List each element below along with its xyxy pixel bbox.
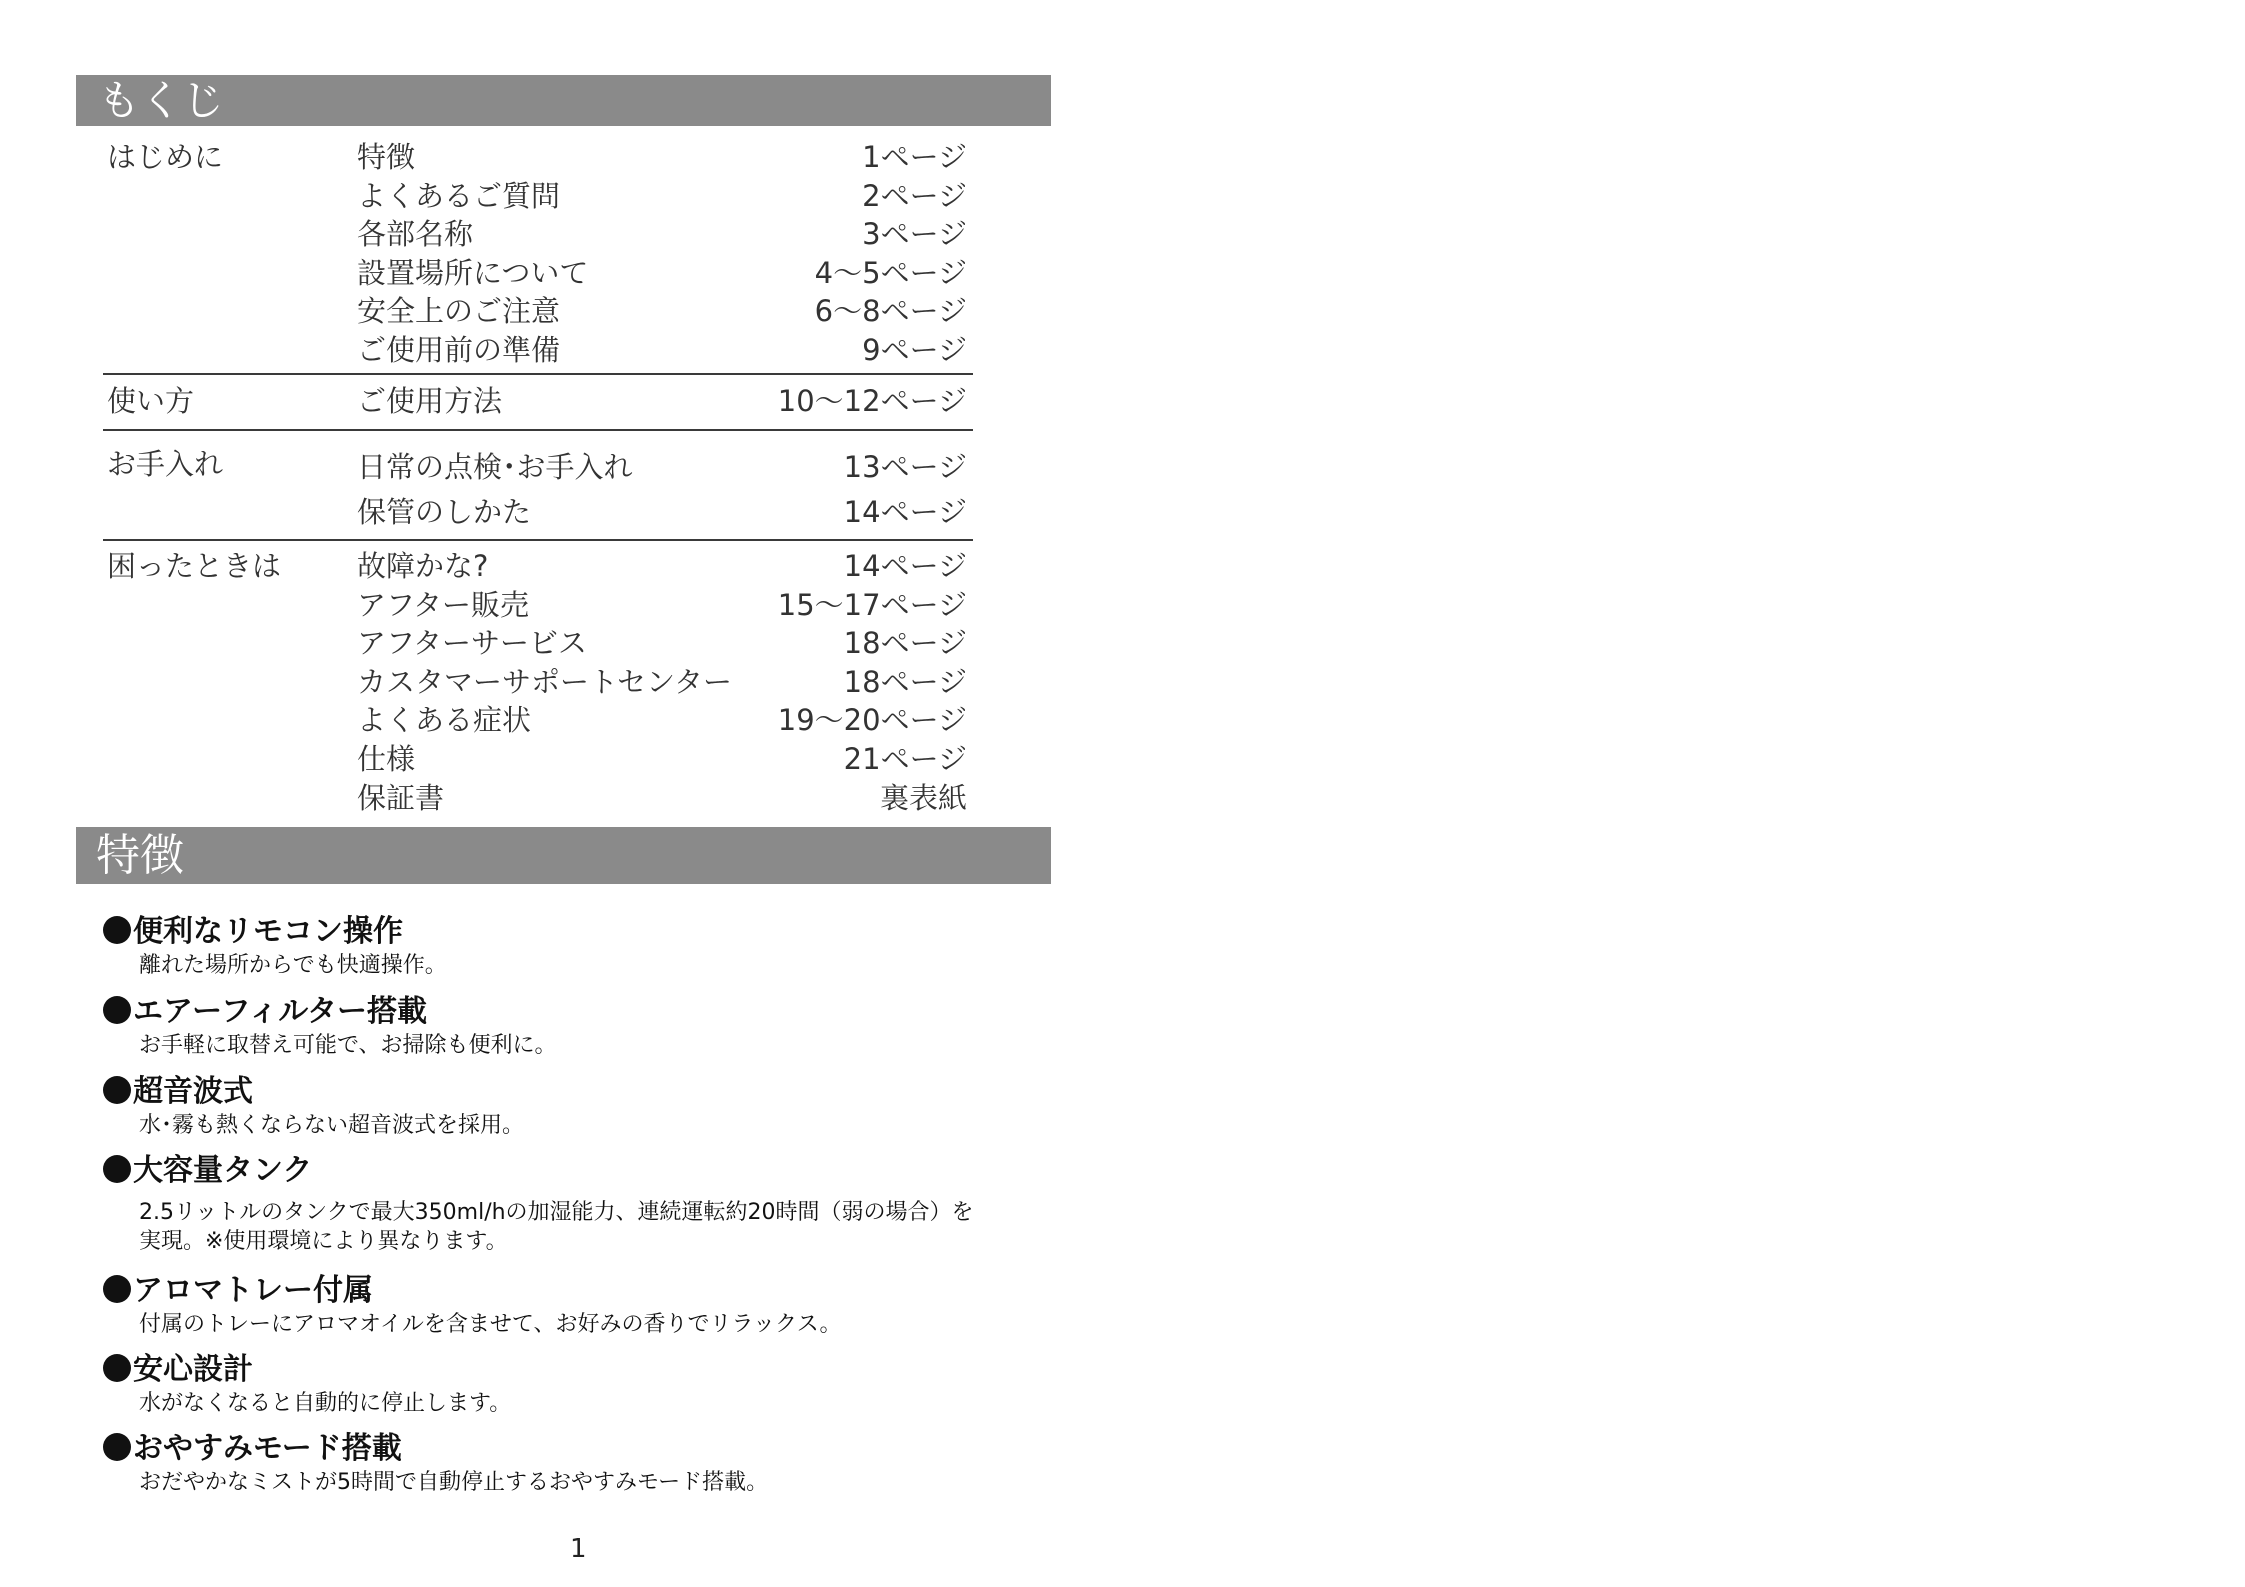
toc-entry-label: 故障かな? [357,547,488,586]
toc-entry-label: 日常の点検･お手入れ [357,445,633,490]
toc-entry-label: よくあるご質問 [357,177,560,216]
bullet-icon [103,1275,131,1303]
features-header: 特徴 [76,827,1051,884]
toc-entry-page: 13ページ [844,445,967,490]
toc-entry[interactable]: カスタマーサポートセンター18ページ [357,663,973,702]
toc-entry-label: アフター販売 [357,586,529,625]
toc-header: もくじ [76,75,1051,126]
toc-entry[interactable]: 特徴1ページ [357,138,973,177]
toc-entry-page: 裏表紙 [880,779,967,818]
toc-category: お手入れ [107,445,223,484]
feature-description: 水がなくなると自動的に停止します。 [139,1389,511,1418]
toc-entry-page: 6〜8ページ [815,292,967,331]
toc-category: 使い方 [107,382,194,421]
toc-entry[interactable]: 設置場所について4〜5ページ [357,254,973,293]
toc-category: はじめに [107,138,223,177]
toc-entry-page: 3ページ [862,215,967,254]
toc-entry-page: 14ページ [844,490,967,535]
toc-entry-label: 保証書 [357,779,444,818]
toc-entry-page: 18ページ [844,663,967,702]
toc-category: 困ったときは [107,547,281,586]
bullet-icon [103,1433,131,1461]
toc-entry-page: 10〜12ページ [778,382,967,421]
toc-entry-page: 19〜20ページ [778,701,967,740]
toc-entry[interactable]: よくあるご質問2ページ [357,177,973,216]
feature-description: 水･霧も熱くならない超音波式を採用。 [139,1111,524,1140]
feature-title: アロマトレー付属 [133,1273,373,1308]
toc-group-introduction: はじめに 特徴1ページ よくあるご質問2ページ 各部名称3ページ 設置場所につい… [103,126,973,375]
toc-entry-page: 9ページ [862,331,967,370]
toc-entry-page: 1ページ [862,138,967,177]
bullet-icon [103,1155,131,1183]
feature-title: 安心設計 [133,1352,253,1387]
feature-description: 2.5リットルのタンクで最大350ml/hの加湿能力、連続運転約20時間（弱の場… [139,1198,974,1256]
toc-entry[interactable]: 日常の点検･お手入れ13ページ [357,445,973,490]
toc-entry[interactable]: 仕様21ページ [357,740,973,779]
toc-entry[interactable]: よくある症状19〜20ページ [357,701,973,740]
toc-entry-label: よくある症状 [357,701,531,740]
toc-entry-label: 特徴 [357,138,415,177]
toc-group-maintenance: お手入れ 日常の点検･お手入れ13ページ 保管のしかた14ページ [103,431,973,541]
feature-title: おやすみモード搭載 [133,1431,402,1466]
feature-item: エアーフィルター搭載 お手軽に取替え可能で、お掃除も便利に。 [103,993,557,1060]
toc-entry-page: 15〜17ページ [778,586,967,625]
page-number: 1 [570,1534,587,1564]
table-of-contents: はじめに 特徴1ページ よくあるご質問2ページ 各部名称3ページ 設置場所につい… [103,126,973,817]
toc-group-troubleshooting: 困ったときは 故障かな?14ページ アフター販売15〜17ページ アフターサービ… [103,541,973,817]
feature-item: 大容量タンク 2.5リットルのタンクで最大350ml/hの加湿能力、連続運転約2… [103,1152,974,1256]
toc-entry[interactable]: 故障かな?14ページ [357,547,973,586]
toc-entry[interactable]: 各部名称3ページ [357,215,973,254]
feature-description: 付属のトレーにアロマオイルを含ませて、お好みの香りでリラックス。 [139,1310,841,1339]
feature-description: お手軽に取替え可能で、お掃除も便利に。 [139,1031,557,1060]
toc-entry-page: 4〜5ページ [815,254,967,293]
toc-entry-page: 21ページ [844,740,967,779]
manual-page: もくじ はじめに 特徴1ページ よくあるご質問2ページ 各部名称3ページ 設置場… [0,0,2245,1587]
toc-entry[interactable]: 保管のしかた14ページ [357,490,973,535]
toc-entry-label: カスタマーサポートセンター [357,663,732,702]
toc-entry-label: ご使用方法 [357,382,502,421]
toc-entry[interactable]: アフターサービス18ページ [357,624,973,663]
feature-item: 超音波式 水･霧も熱くならない超音波式を採用。 [103,1073,524,1140]
toc-entry[interactable]: 保証書裏表紙 [357,779,973,818]
toc-entry-label: 保管のしかた [357,490,531,535]
feature-title: 超音波式 [133,1074,253,1109]
toc-entry-page: 18ページ [844,624,967,663]
toc-entry-page: 2ページ [862,177,967,216]
feature-item: アロマトレー付属 付属のトレーにアロマオイルを含ませて、お好みの香りでリラックス… [103,1272,841,1339]
feature-item: おやすみモード搭載 おだやかなミストが5時間で自動停止するおやすみモード搭載。 [103,1430,768,1497]
toc-entry[interactable]: 安全上のご注意6〜8ページ [357,292,973,331]
toc-entry-label: ご使用前の準備 [357,331,560,370]
feature-description: 離れた場所からでも快適操作。 [139,951,447,980]
bullet-icon [103,1354,131,1382]
feature-item: 便利なリモコン操作 離れた場所からでも快適操作。 [103,913,447,980]
feature-item: 安心設計 水がなくなると自動的に停止します。 [103,1351,511,1418]
toc-entry-label: 設置場所について [357,254,588,293]
feature-title: 大容量タンク [133,1153,312,1188]
toc-entry[interactable]: ご使用前の準備9ページ [357,331,973,370]
toc-entry[interactable]: ご使用方法10〜12ページ [357,382,973,421]
feature-description: おだやかなミストが5時間で自動停止するおやすみモード搭載。 [139,1468,768,1497]
toc-entry[interactable]: アフター販売15〜17ページ [357,586,973,625]
toc-entry-label: 安全上のご注意 [357,292,560,331]
toc-entry-label: アフターサービス [357,624,587,663]
feature-title: エアーフィルター搭載 [133,994,427,1029]
toc-entry-label: 各部名称 [357,215,473,254]
toc-entry-label: 仕様 [357,740,415,779]
feature-title: 便利なリモコン操作 [133,914,403,949]
toc-group-usage: 使い方 ご使用方法10〜12ページ [103,375,973,431]
bullet-icon [103,916,131,944]
toc-entry-page: 14ページ [844,547,967,586]
bullet-icon [103,1076,131,1104]
bullet-icon [103,996,131,1024]
